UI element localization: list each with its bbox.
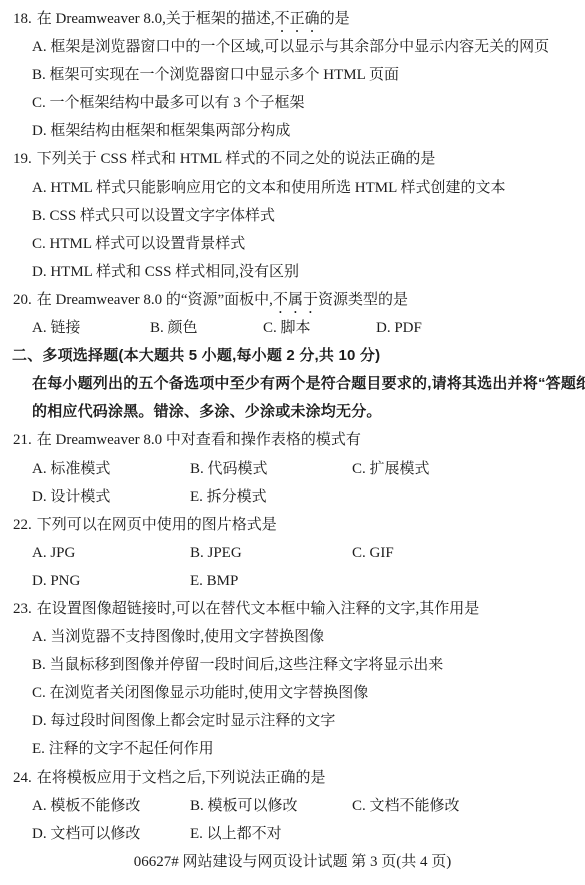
question-24-option-c: C. 文档不能修改 — [352, 792, 585, 820]
question-22-number: 22. — [13, 517, 32, 533]
question-18-stem-emphasis: 不正确 — [275, 11, 320, 27]
question-19-stem-text: 下列关于 CSS 样式和 HTML 样式的不同之处的说法正确的是 — [37, 151, 436, 167]
question-18-option-c: C. 一个框架结构中最多可以有 3 个子框架 — [0, 89, 585, 117]
question-22-option-b: B. JPEG — [190, 539, 352, 567]
question-20-number: 20. — [13, 292, 32, 308]
question-24-stem: 24.在将模板应用于文档之后,下列说法正确的是 — [0, 764, 585, 792]
question-22-options-row2: D. PNG E. BMP — [0, 567, 585, 595]
question-24-option-e: E. 以上都不对 — [190, 820, 352, 848]
question-18-stem-text: 在 Dreamweaver 8.0,关于框架的描述, — [37, 11, 275, 27]
section-2-instruction-line1: 在每小题列出的五个备选项中至少有两个是符合题目要求的,请将其选出并将“答题纸” — [0, 370, 585, 398]
question-21-number: 21. — [13, 432, 32, 448]
question-19-number: 19. — [13, 151, 32, 167]
question-20-stem-tail: 资源类型的是 — [318, 292, 408, 308]
question-21-stem: 21.在 Dreamweaver 8.0 中对查看和操作表格的模式有 — [0, 426, 585, 454]
question-21-options-row2: D. 设计模式 E. 拆分模式 — [0, 483, 585, 511]
question-20-stem: 20.在 Dreamweaver 8.0 的“资源”面板中,不属于资源类型的是 — [0, 286, 585, 314]
question-21-stem-text: 在 Dreamweaver 8.0 中对查看和操作表格的模式有 — [37, 432, 361, 448]
question-22-stem-text: 下列可以在网页中使用的图片格式是 — [37, 517, 277, 533]
question-23-stem: 23.在设置图像超链接时,可以在替代文本框中输入注释的文字,其作用是 — [0, 595, 585, 623]
question-24-stem-text: 在将模板应用于文档之后,下列说法正确的是 — [37, 770, 326, 786]
question-23-option-b: B. 当鼠标移到图像并停留一段时间后,这些注释文字将显示出来 — [0, 651, 585, 679]
question-24-option-d: D. 文档可以修改 — [32, 820, 190, 848]
question-22-option-d: D. PNG — [32, 567, 190, 595]
question-21-option-a: A. 标准模式 — [32, 455, 190, 483]
question-21-option-c: C. 扩展模式 — [352, 455, 585, 483]
question-23-option-c: C. 在浏览者关闭图像显示功能时,使用文字替换图像 — [0, 679, 585, 707]
question-18-stem-tail: 的是 — [320, 11, 350, 27]
question-24-option-a: A. 模板不能修改 — [32, 792, 190, 820]
question-20-option-a: A. 链接 — [32, 314, 150, 342]
question-20-option-b: B. 颜色 — [150, 314, 263, 342]
question-23-number: 23. — [13, 601, 32, 617]
question-22-option-c: C. GIF — [352, 539, 585, 567]
question-24-options-row1: A. 模板不能修改 B. 模板可以修改 C. 文档不能修改 — [0, 792, 585, 820]
exam-page: 18.在 Dreamweaver 8.0,关于框架的描述,不正确的是 A. 框架… — [0, 0, 585, 885]
question-23-option-e: E. 注释的文字不起任何作用 — [0, 735, 585, 763]
question-22-options-row1: A. JPG B. JPEG C. GIF — [0, 539, 585, 567]
question-21-option-b: B. 代码模式 — [190, 455, 352, 483]
question-20-options-row: A. 链接 B. 颜色 C. 脚本 D. PDF — [0, 314, 585, 342]
question-23-stem-text: 在设置图像超链接时,可以在替代文本框中输入注释的文字,其作用是 — [37, 601, 480, 617]
question-21-option-e: E. 拆分模式 — [190, 483, 352, 511]
question-18-option-a: A. 框架是浏览器窗口中的一个区域,可以显示与其余部分中显示内容无关的网页 — [0, 33, 585, 61]
question-18-option-d: D. 框架结构由框架和框架集两部分构成 — [0, 117, 585, 145]
question-19-stem: 19.下列关于 CSS 样式和 HTML 样式的不同之处的说法正确的是 — [0, 145, 585, 173]
question-22-stem: 22.下列可以在网页中使用的图片格式是 — [0, 511, 585, 539]
question-18-number: 18. — [13, 11, 32, 27]
question-22-option-a: A. JPG — [32, 539, 190, 567]
question-19-option-b: B. CSS 样式只可以设置文字字体样式 — [0, 202, 585, 230]
question-20-stem-emphasis: 不属于 — [273, 292, 318, 308]
question-18-option-b: B. 框架可实现在一个浏览器窗口中显示多个 HTML 页面 — [0, 61, 585, 89]
question-22-option-e: E. BMP — [190, 567, 352, 595]
question-24-options-row2: D. 文档可以修改 E. 以上都不对 — [0, 820, 585, 848]
question-24-number: 24. — [13, 770, 32, 786]
question-21-option-d: D. 设计模式 — [32, 483, 190, 511]
section-2-instruction-line2: 的相应代码涂黑。错涂、多涂、少涂或未涂均无分。 — [0, 398, 585, 426]
question-23-option-a: A. 当浏览器不支持图像时,使用文字替换图像 — [0, 623, 585, 651]
question-18-stem: 18.在 Dreamweaver 8.0,关于框架的描述,不正确的是 — [0, 5, 585, 33]
section-2-title: 二、多项选择题(本大题共 5 小题,每小题 2 分,共 10 分) — [0, 342, 585, 370]
question-20-stem-text: 在 Dreamweaver 8.0 的“资源”面板中, — [37, 292, 273, 308]
question-19-option-d: D. HTML 样式和 CSS 样式相同,没有区别 — [0, 258, 585, 286]
question-23-option-d: D. 每过段时间图像上都会定时显示注释的文字 — [0, 707, 585, 735]
question-19-option-c: C. HTML 样式可以设置背景样式 — [0, 230, 585, 258]
question-21-options-row1: A. 标准模式 B. 代码模式 C. 扩展模式 — [0, 455, 585, 483]
question-24-option-b: B. 模板可以修改 — [190, 792, 352, 820]
question-20-option-d: D. PDF — [376, 314, 585, 342]
page-footer: 06627# 网站建设与网页设计试题 第 3 页(共 4 页) — [0, 848, 585, 876]
question-19-option-a: A. HTML 样式只能影响应用它的文本和使用所选 HTML 样式创建的文本 — [0, 174, 585, 202]
question-20-option-c: C. 脚本 — [263, 314, 376, 342]
